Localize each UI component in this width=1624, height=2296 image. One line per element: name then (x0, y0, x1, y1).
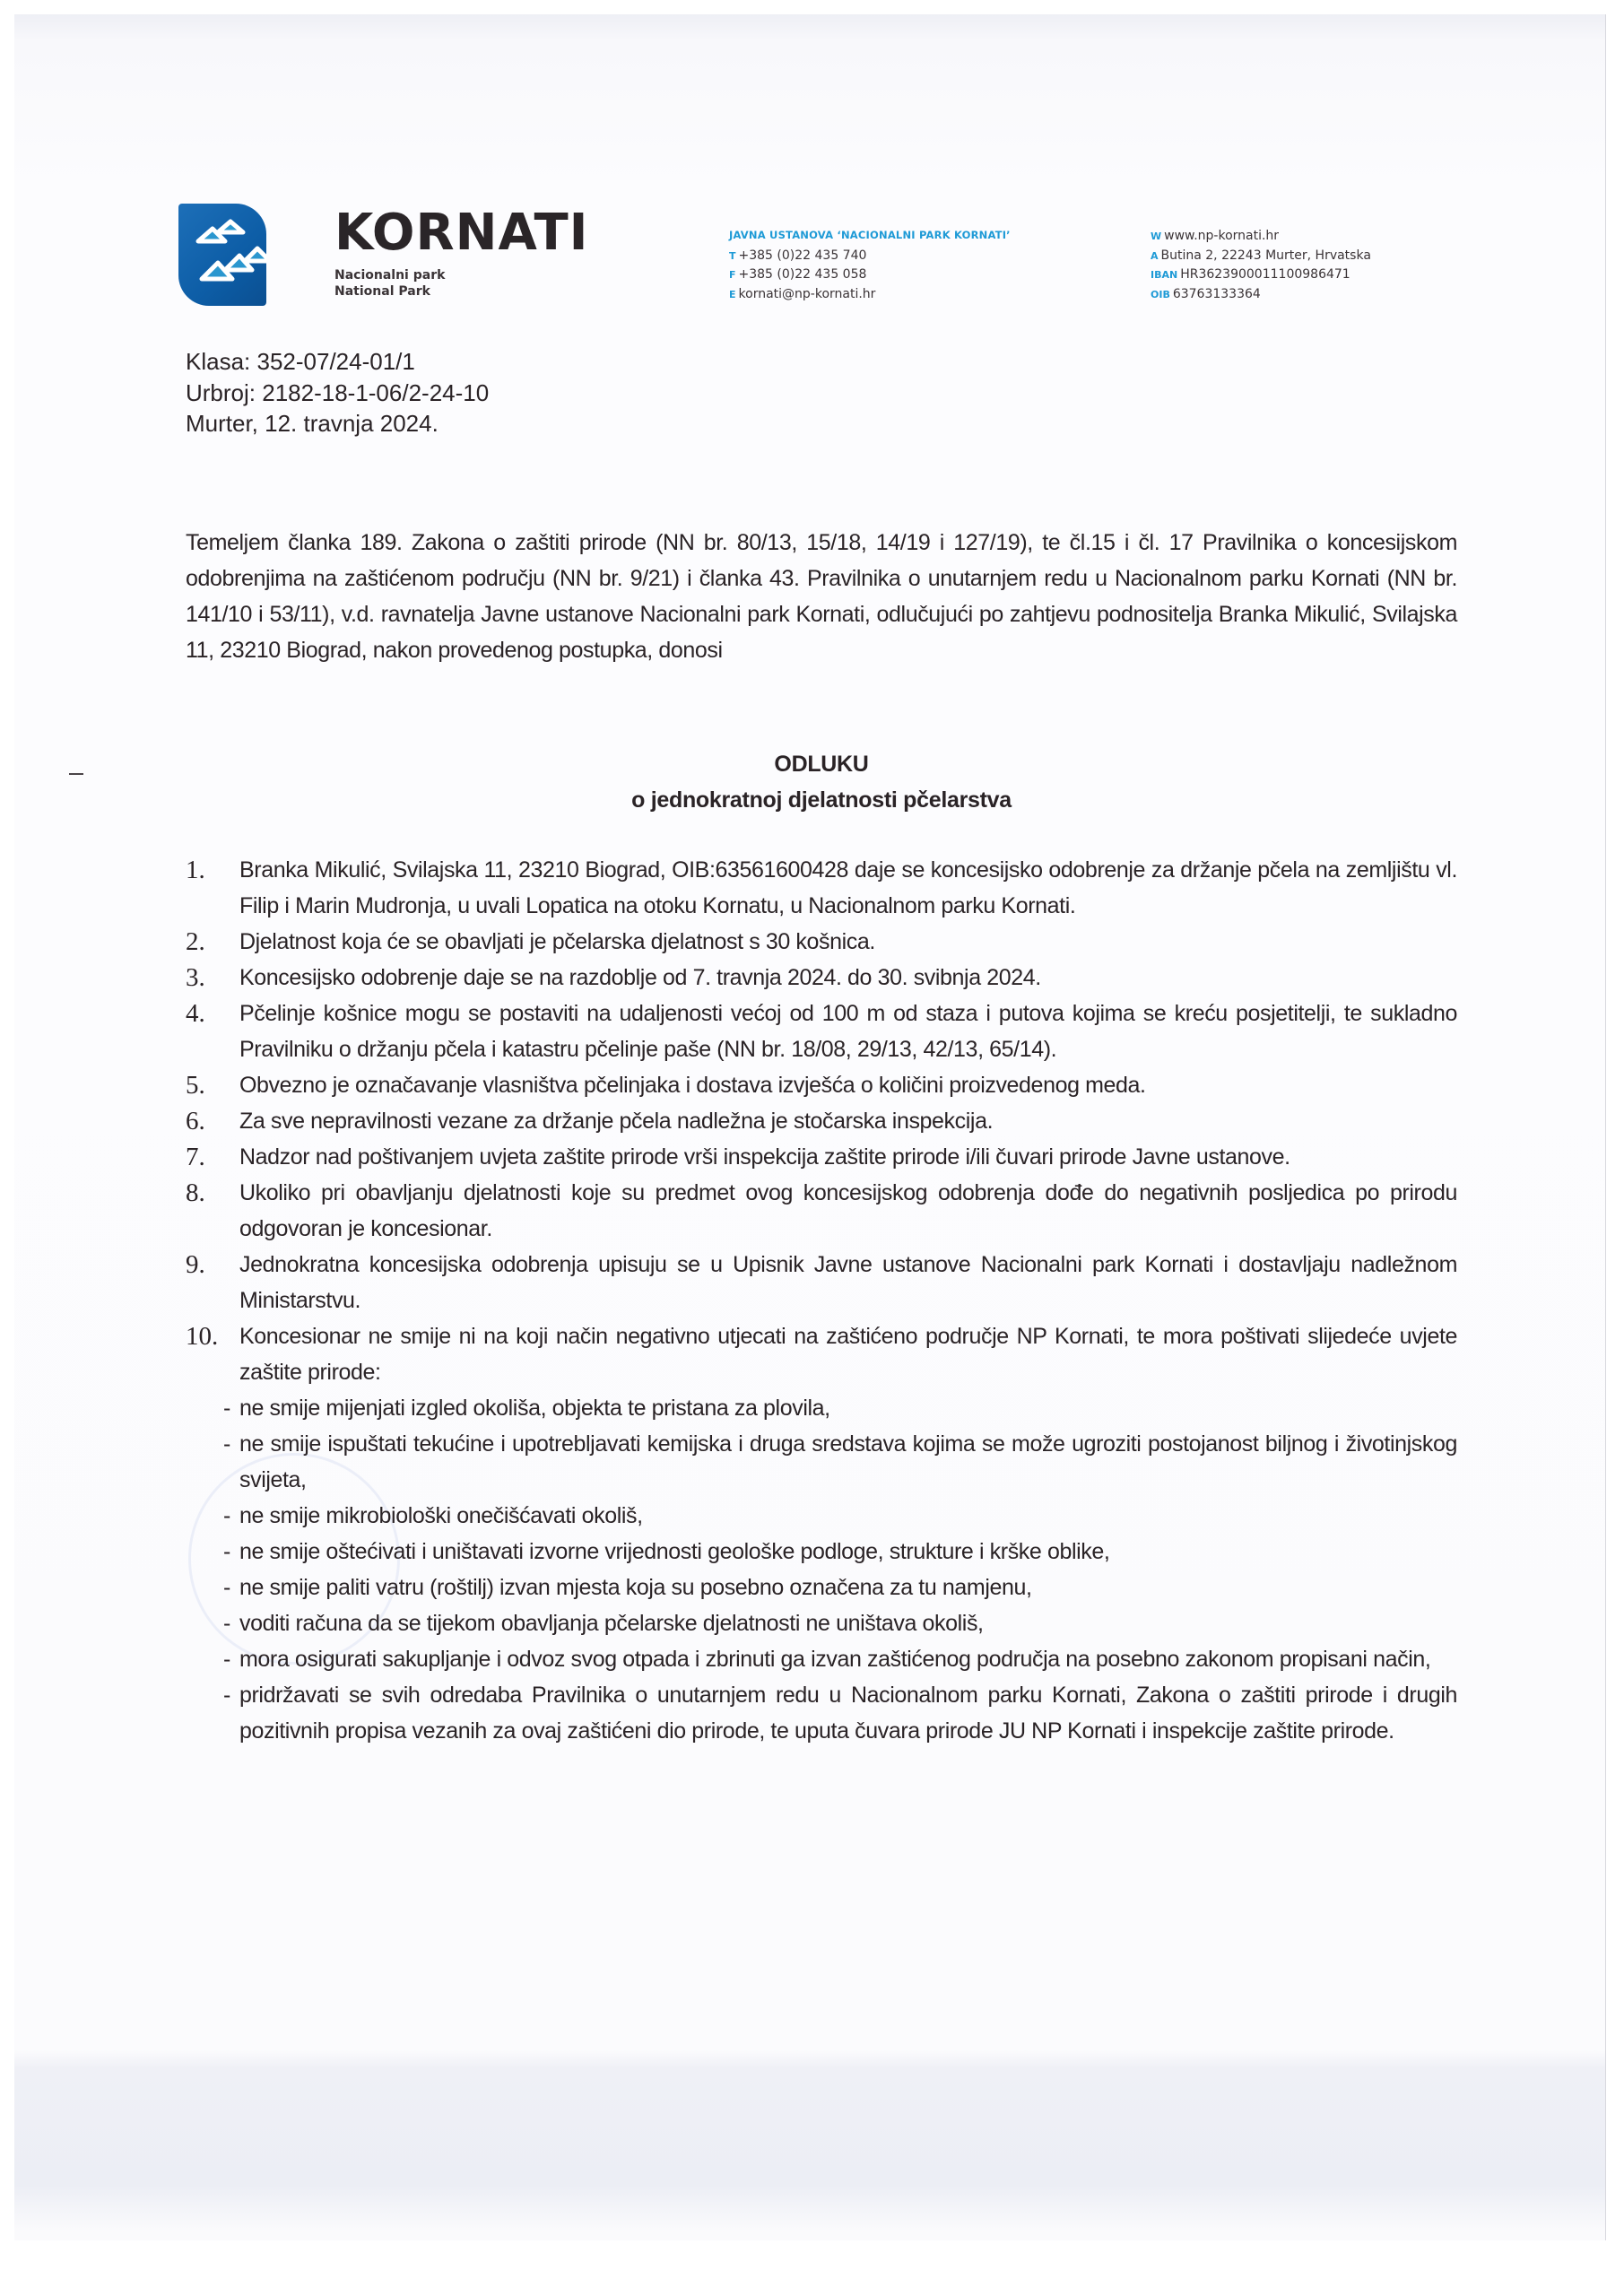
item-number: 4. (186, 996, 205, 1031)
item-number: 6. (186, 1103, 205, 1139)
kornati-logo-icon (178, 204, 266, 306)
fax-label: F (729, 269, 736, 281)
iban-label: IBAN (1151, 269, 1177, 281)
klasa: Klasa: 352-07/24-01/1 (186, 346, 489, 378)
oib-label: OIB (1151, 289, 1170, 300)
condition-text: ne smije mijenjati izgled okoliša, objek… (239, 1396, 830, 1421)
condition-text: pridržavati se svih odredaba Pravilnika … (239, 1683, 1457, 1744)
address-value: Butina 2, 22243 Murter, Hrvatska (1161, 248, 1371, 263)
contact-website: Wwww.np-kornati.hr (1151, 227, 1371, 247)
condition-item: -ne smije mikrobiološki onečišćavati oko… (186, 1498, 1457, 1534)
item-text: Koncesijsko odobrenje daje se na razdobl… (239, 965, 1041, 990)
decision-item: 8.Ukoliko pri obavljanju djelatnosti koj… (186, 1175, 1457, 1247)
urbroj: Urbroj: 2182-18-1-06/2-24-10 (186, 378, 489, 409)
email-value: kornati@np-kornati.hr (739, 287, 876, 301)
item-number: 9. (186, 1247, 205, 1283)
brand-subtitle-en: National Park (334, 283, 445, 300)
decision-item: 5.Obvezno je označavanje vlasništva pčel… (186, 1067, 1457, 1103)
item-number: 7. (186, 1139, 205, 1175)
address-label: A (1151, 250, 1159, 262)
contact-iban: IBANHR3623900011100986471 (1151, 265, 1371, 285)
condition-text: ne smije ispuštati tekućine i upotreblja… (239, 1431, 1457, 1492)
website-value: www.np-kornati.hr (1164, 229, 1279, 243)
item-text: Branka Mikulić, Svilajska 11, 23210 Biog… (239, 857, 1457, 918)
condition-item: -pridržavati se svih odredaba Pravilnika… (186, 1677, 1457, 1749)
decision-item: 2.Djelatnost koja će se obavljati je pče… (186, 924, 1457, 960)
condition-item: -ne smije ispuštati tekućine i upotreblj… (186, 1426, 1457, 1498)
decision-item: 7.Nadzor nad poštivanjem uvjeta zaštite … (186, 1139, 1457, 1175)
item-text: Djelatnost koja će se obavljati je pčela… (239, 929, 875, 954)
item-text: Pčelinje košnice mogu se postaviti na ud… (239, 1001, 1457, 1062)
condition-item: -ne smije mijenjati izgled okoliša, obje… (186, 1390, 1457, 1426)
item-text: Obvezno je označavanje vlasništva pčelin… (239, 1073, 1146, 1098)
bullet-dash-icon: - (223, 1570, 230, 1605)
item-number: 5. (186, 1067, 205, 1103)
condition-text: mora osigurati sakupljanje i odvoz svog … (239, 1647, 1430, 1672)
condition-item: -ne smije paliti vatru (roštilj) izvan m… (186, 1570, 1457, 1605)
contact-phone: T+385 (0)22 435 740 (729, 247, 1011, 266)
decision-list: 1.Branka Mikulić, Svilajska 11, 23210 Bi… (186, 852, 1457, 1749)
item-number: 2. (186, 924, 205, 960)
phone-label: T (729, 250, 736, 262)
email-label: E (729, 289, 736, 300)
iban-value: HR3623900011100986471 (1180, 267, 1350, 282)
brand-name: KORNATI (334, 208, 589, 258)
item-number: 3. (186, 960, 205, 996)
condition-item: -voditi računa da se tijekom obavljanja … (186, 1605, 1457, 1641)
margin-mark (69, 773, 83, 775)
contact-email: Ekornati@np-kornati.hr (729, 285, 1011, 305)
place-date: Murter, 12. travnja 2024. (186, 408, 489, 439)
bullet-dash-icon: - (223, 1641, 230, 1677)
condition-text: ne smije paliti vatru (roštilj) izvan mj… (239, 1575, 1032, 1600)
contact-fax: F+385 (0)22 435 058 (729, 265, 1011, 285)
item-text: Za sve nepravilnosti vezane za držanje p… (239, 1109, 993, 1134)
fax-value: +385 (0)22 435 058 (739, 267, 867, 282)
decision-item: 4.Pčelinje košnice mogu se postaviti na … (186, 996, 1457, 1067)
document-title: ODLUKU (186, 746, 1457, 782)
item-number: 8. (186, 1175, 205, 1211)
conditions-list: -ne smije mijenjati izgled okoliša, obje… (186, 1390, 1457, 1749)
website-label: W (1151, 230, 1161, 242)
decision-item: 6.Za sve nepravilnosti vezane za držanje… (186, 1103, 1457, 1139)
decision-item: 1.Branka Mikulić, Svilajska 11, 23210 Bi… (186, 852, 1457, 924)
decision-item: 3.Koncesijsko odobrenje daje se na razdo… (186, 960, 1457, 996)
item-number: 1. (186, 852, 205, 888)
contact-block-left: JAVNA USTANOVA ‘NACIONALNI PARK KORNATI’… (729, 226, 1011, 304)
document-subtitle: o jednokratnoj djelatnosti pčelarstva (186, 782, 1457, 818)
bullet-dash-icon: - (223, 1426, 230, 1462)
condition-item: -ne smije oštećivati i uništavati izvorn… (186, 1534, 1457, 1570)
item-number: 10. (186, 1318, 218, 1354)
bullet-dash-icon: - (223, 1498, 230, 1534)
bullet-dash-icon: - (223, 1534, 230, 1570)
item-text: Nadzor nad poštivanjem uvjeta zaštite pr… (239, 1144, 1290, 1170)
item-text: Jednokratna koncesijska odobrenja upisuj… (239, 1252, 1457, 1313)
condition-item: -mora osigurati sakupljanje i odvoz svog… (186, 1641, 1457, 1677)
condition-text: ne smije oštećivati i uništavati izvorne… (239, 1539, 1109, 1564)
condition-text: ne smije mikrobiološki onečišćavati okol… (239, 1503, 643, 1528)
item-text: Koncesionar ne smije ni na koji način ne… (239, 1324, 1457, 1385)
phone-value: +385 (0)22 435 740 (739, 248, 867, 263)
brand-subtitle: Nacionalni park National Park (334, 267, 445, 300)
item-text: Ukoliko pri obavljanju djelatnosti koje … (239, 1180, 1457, 1241)
decision-item: 10.Koncesionar ne smije ni na koji način… (186, 1318, 1457, 1749)
intro-paragraph: Temeljem članka 189. Zakona o zaštiti pr… (186, 525, 1457, 668)
condition-text: voditi računa da se tijekom obavljanja p… (239, 1611, 984, 1636)
bullet-dash-icon: - (223, 1390, 230, 1426)
contact-address: AButina 2, 22243 Murter, Hrvatska (1151, 247, 1371, 266)
bullet-dash-icon: - (223, 1605, 230, 1641)
contact-block-right: Wwww.np-kornati.hr AButina 2, 22243 Murt… (1151, 227, 1371, 304)
bullet-dash-icon: - (223, 1677, 230, 1713)
contact-oib: OIB63763133364 (1151, 285, 1371, 305)
decision-item: 9.Jednokratna koncesijska odobrenja upis… (186, 1247, 1457, 1318)
brand-subtitle-hr: Nacionalni park (334, 267, 445, 283)
organization-title: JAVNA USTANOVA ‘NACIONALNI PARK KORNATI’ (729, 226, 1011, 245)
oib-value: 63763133364 (1173, 287, 1261, 301)
reference-block: Klasa: 352-07/24-01/1 Urbroj: 2182-18-1-… (186, 346, 489, 439)
